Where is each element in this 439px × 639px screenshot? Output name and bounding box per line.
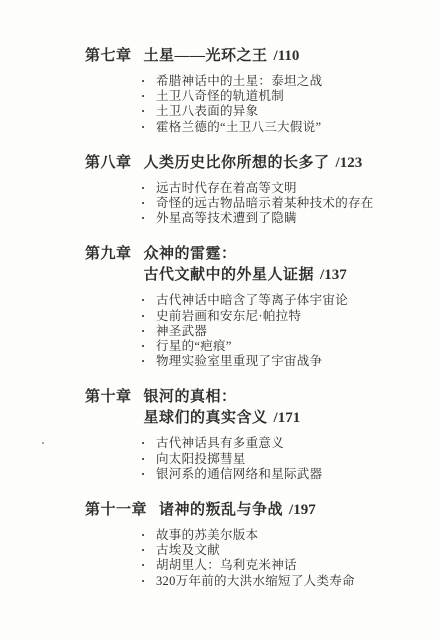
toc-item: ·远古时代存在着高等文明 bbox=[141, 181, 439, 196]
chapter-page-number: /137 bbox=[320, 267, 347, 283]
chapter-title: 众神的雷霆： bbox=[144, 244, 439, 265]
toc-item-text: 行星的“疤痕” bbox=[156, 339, 232, 354]
bullet-dot-icon: · bbox=[141, 89, 156, 104]
toc-item-text: 320万年前的大洪水缩短了人类寿命 bbox=[156, 574, 355, 589]
chapter-titles: 人类历史比你所想的长多了/123 bbox=[144, 153, 439, 174]
toc-item: ·史前岩画和安东尼·帕拉特 bbox=[141, 309, 439, 324]
toc-item-text: 土卫八表面的异象 bbox=[156, 104, 258, 119]
bullet-dot-icon: · bbox=[141, 74, 156, 89]
chapter-title-text: 人类历史比你所想的长多了 bbox=[144, 155, 330, 171]
toc-item: ·外星高等技术遭到了隐瞒 bbox=[141, 211, 439, 226]
toc-item-text: 史前岩画和安东尼·帕拉特 bbox=[156, 309, 301, 324]
chapter-item-list: ·远古时代存在着高等文明 ·奇怪的远古物品暗示着某种技术的存在 ·外星高等技术遭… bbox=[0, 181, 439, 227]
chapter-titles: 银河的真相： 星球们的真实含义/171 bbox=[144, 387, 439, 429]
chapter-number-label: 第九章 bbox=[85, 244, 132, 265]
toc-item-text: 奇怪的远古物品暗示着某种技术的存在 bbox=[156, 196, 374, 211]
chapter-item-list: ·古代神话具有多重意义 ·向太阳投掷彗星 ·银河系的通信网络和星际武器 bbox=[0, 436, 439, 482]
bullet-dot-icon: · bbox=[141, 120, 156, 135]
chapter-item-list: ·故事的苏美尔版本 ·古埃及文献 ·胡胡里人：乌利克米神话 ·320万年前的大洪… bbox=[0, 528, 439, 589]
bullet-dot-icon: · bbox=[141, 543, 156, 558]
toc-item-text: 外星高等技术遭到了隐瞒 bbox=[156, 211, 297, 226]
chapter-title-text: 诸神的叛乱与争战 bbox=[159, 502, 283, 518]
chapter-number-label: 第十章 bbox=[85, 387, 132, 408]
toc-content: 第七章 土星——光环之王/110 ·希腊神话中的土星：泰坦之战 ·土卫八奇怪的轨… bbox=[0, 46, 439, 607]
toc-item-text: 故事的苏美尔版本 bbox=[156, 528, 258, 543]
chapter-title-text: 古代文献中的外星人证据 bbox=[144, 267, 315, 283]
chapter-title: 人类历史比你所想的长多了/123 bbox=[144, 153, 439, 174]
chapter-page-number: /123 bbox=[336, 155, 363, 171]
bullet-dot-icon: · bbox=[141, 558, 156, 573]
chapter-titles: 诸神的叛乱与争战/197 bbox=[159, 500, 439, 521]
chapter-title-text: 银河的真相： bbox=[144, 389, 237, 405]
toc-item: ·古代神话具有多重意义 bbox=[141, 436, 439, 451]
toc-item-text: 向太阳投掷彗星 bbox=[156, 452, 246, 467]
bullet-dot-icon: · bbox=[141, 293, 156, 308]
chapter-title-text: 土星——光环之王 bbox=[144, 48, 268, 64]
toc-item: ·奇怪的远古物品暗示着某种技术的存在 bbox=[141, 196, 439, 211]
toc-item: ·320万年前的大洪水缩短了人类寿命 bbox=[141, 574, 439, 589]
toc-item: ·土卫八奇怪的轨道机制 bbox=[141, 89, 439, 104]
chapter-title: 银河的真相： bbox=[144, 387, 439, 408]
bullet-dot-icon: · bbox=[141, 436, 156, 451]
toc-item: ·物理实验室里重现了宇宙战争 bbox=[141, 354, 439, 369]
toc-item: ·行星的“疤痕” bbox=[141, 339, 439, 354]
chapter-title-text: 众神的雷霆： bbox=[144, 246, 237, 262]
bullet-dot-icon: · bbox=[141, 181, 156, 196]
chapter-heading: 第十一章 诸神的叛乱与争战/197 bbox=[85, 500, 439, 521]
chapter-page-number: /171 bbox=[274, 410, 301, 426]
chapter-item-list: ·希腊神话中的土星：泰坦之战 ·土卫八奇怪的轨道机制 ·土卫八表面的异象 ·霍格… bbox=[0, 74, 439, 135]
bullet-dot-icon: · bbox=[141, 339, 156, 354]
toc-item-text: 霍格兰德的“土卫八三大假说” bbox=[156, 120, 321, 135]
toc-item-text: 神圣武器 bbox=[156, 324, 207, 339]
chapter-section-7: 第七章 土星——光环之王/110 ·希腊神话中的土星：泰坦之战 ·土卫八奇怪的轨… bbox=[0, 46, 439, 135]
toc-item-text: 物理实验室里重现了宇宙战争 bbox=[156, 354, 322, 369]
chapter-heading: 第九章 众神的雷霆： 古代文献中的外星人证据/137 bbox=[85, 244, 439, 286]
toc-item: ·胡胡里人：乌利克米神话 bbox=[141, 558, 439, 573]
toc-item: ·神圣武器 bbox=[141, 324, 439, 339]
chapter-number-label: 第八章 bbox=[85, 153, 132, 174]
chapter-number-label: 第七章 bbox=[85, 46, 132, 67]
toc-page: 第七章 土星——光环之王/110 ·希腊神话中的土星：泰坦之战 ·土卫八奇怪的轨… bbox=[0, 0, 439, 639]
chapter-section-8: 第八章 人类历史比你所想的长多了/123 ·远古时代存在着高等文明 ·奇怪的远古… bbox=[0, 153, 439, 227]
toc-item: ·希腊神话中的土星：泰坦之战 bbox=[141, 74, 439, 89]
toc-item-text: 古代神话具有多重意义 bbox=[156, 436, 284, 451]
toc-item-text: 银河系的通信网络和星际武器 bbox=[156, 467, 322, 482]
bullet-dot-icon: · bbox=[141, 528, 156, 543]
chapter-section-10: 第十章 银河的真相： 星球们的真实含义/171 ·古代神话具有多重意义 ·向太阳… bbox=[0, 387, 439, 482]
chapter-section-9: 第九章 众神的雷霆： 古代文献中的外星人证据/137 ·古代神话中暗含了等离子体… bbox=[0, 244, 439, 369]
toc-item: ·故事的苏美尔版本 bbox=[141, 528, 439, 543]
bullet-dot-icon: · bbox=[141, 324, 156, 339]
chapter-heading: 第八章 人类历史比你所想的长多了/123 bbox=[85, 153, 439, 174]
bullet-dot-icon: · bbox=[141, 309, 156, 324]
chapter-title: 诸神的叛乱与争战/197 bbox=[159, 500, 439, 521]
toc-item: ·霍格兰德的“土卫八三大假说” bbox=[141, 120, 439, 135]
chapter-heading: 第七章 土星——光环之王/110 bbox=[85, 46, 439, 67]
bullet-dot-icon: · bbox=[141, 196, 156, 211]
toc-item: ·古代神话中暗含了等离子体宇宙论 bbox=[141, 293, 439, 308]
chapter-titles: 土星——光环之王/110 bbox=[144, 46, 439, 67]
chapter-item-list: ·古代神话中暗含了等离子体宇宙论 ·史前岩画和安东尼·帕拉特 ·神圣武器 ·行星… bbox=[0, 293, 439, 369]
chapter-subtitle: 古代文献中的外星人证据/137 bbox=[144, 265, 439, 286]
bullet-dot-icon: · bbox=[141, 467, 156, 482]
toc-item-text: 希腊神话中的土星：泰坦之战 bbox=[156, 74, 322, 89]
chapter-number-label: 第十一章 bbox=[85, 500, 147, 521]
chapter-title-text: 星球们的真实含义 bbox=[144, 410, 268, 426]
toc-item-text: 远古时代存在着高等文明 bbox=[156, 181, 297, 196]
toc-item: ·银河系的通信网络和星际武器 bbox=[141, 467, 439, 482]
bullet-dot-icon: · bbox=[141, 354, 156, 369]
chapter-title: 土星——光环之王/110 bbox=[144, 46, 439, 67]
toc-item-text: 古代神话中暗含了等离子体宇宙论 bbox=[156, 293, 348, 308]
chapter-subtitle: 星球们的真实含义/171 bbox=[144, 408, 439, 429]
chapter-titles: 众神的雷霆： 古代文献中的外星人证据/137 bbox=[144, 244, 439, 286]
toc-item: ·向太阳投掷彗星 bbox=[141, 452, 439, 467]
bullet-dot-icon: · bbox=[141, 104, 156, 119]
bullet-dot-icon: · bbox=[141, 211, 156, 226]
toc-item: ·古埃及文献 bbox=[141, 543, 439, 558]
chapter-section-11: 第十一章 诸神的叛乱与争战/197 ·故事的苏美尔版本 ·古埃及文献 ·胡胡里人… bbox=[0, 500, 439, 589]
chapter-heading: 第十章 银河的真相： 星球们的真实含义/171 bbox=[85, 387, 439, 429]
toc-item-text: 胡胡里人：乌利克米神话 bbox=[156, 558, 297, 573]
bullet-dot-icon: · bbox=[141, 452, 156, 467]
toc-item: ·土卫八表面的异象 bbox=[141, 104, 439, 119]
toc-item-text: 古埃及文献 bbox=[156, 543, 220, 558]
bullet-dot-icon: · bbox=[141, 574, 156, 589]
chapter-page-number: /197 bbox=[289, 502, 316, 518]
chapter-page-number: /110 bbox=[274, 48, 300, 64]
toc-item-text: 土卫八奇怪的轨道机制 bbox=[156, 89, 284, 104]
